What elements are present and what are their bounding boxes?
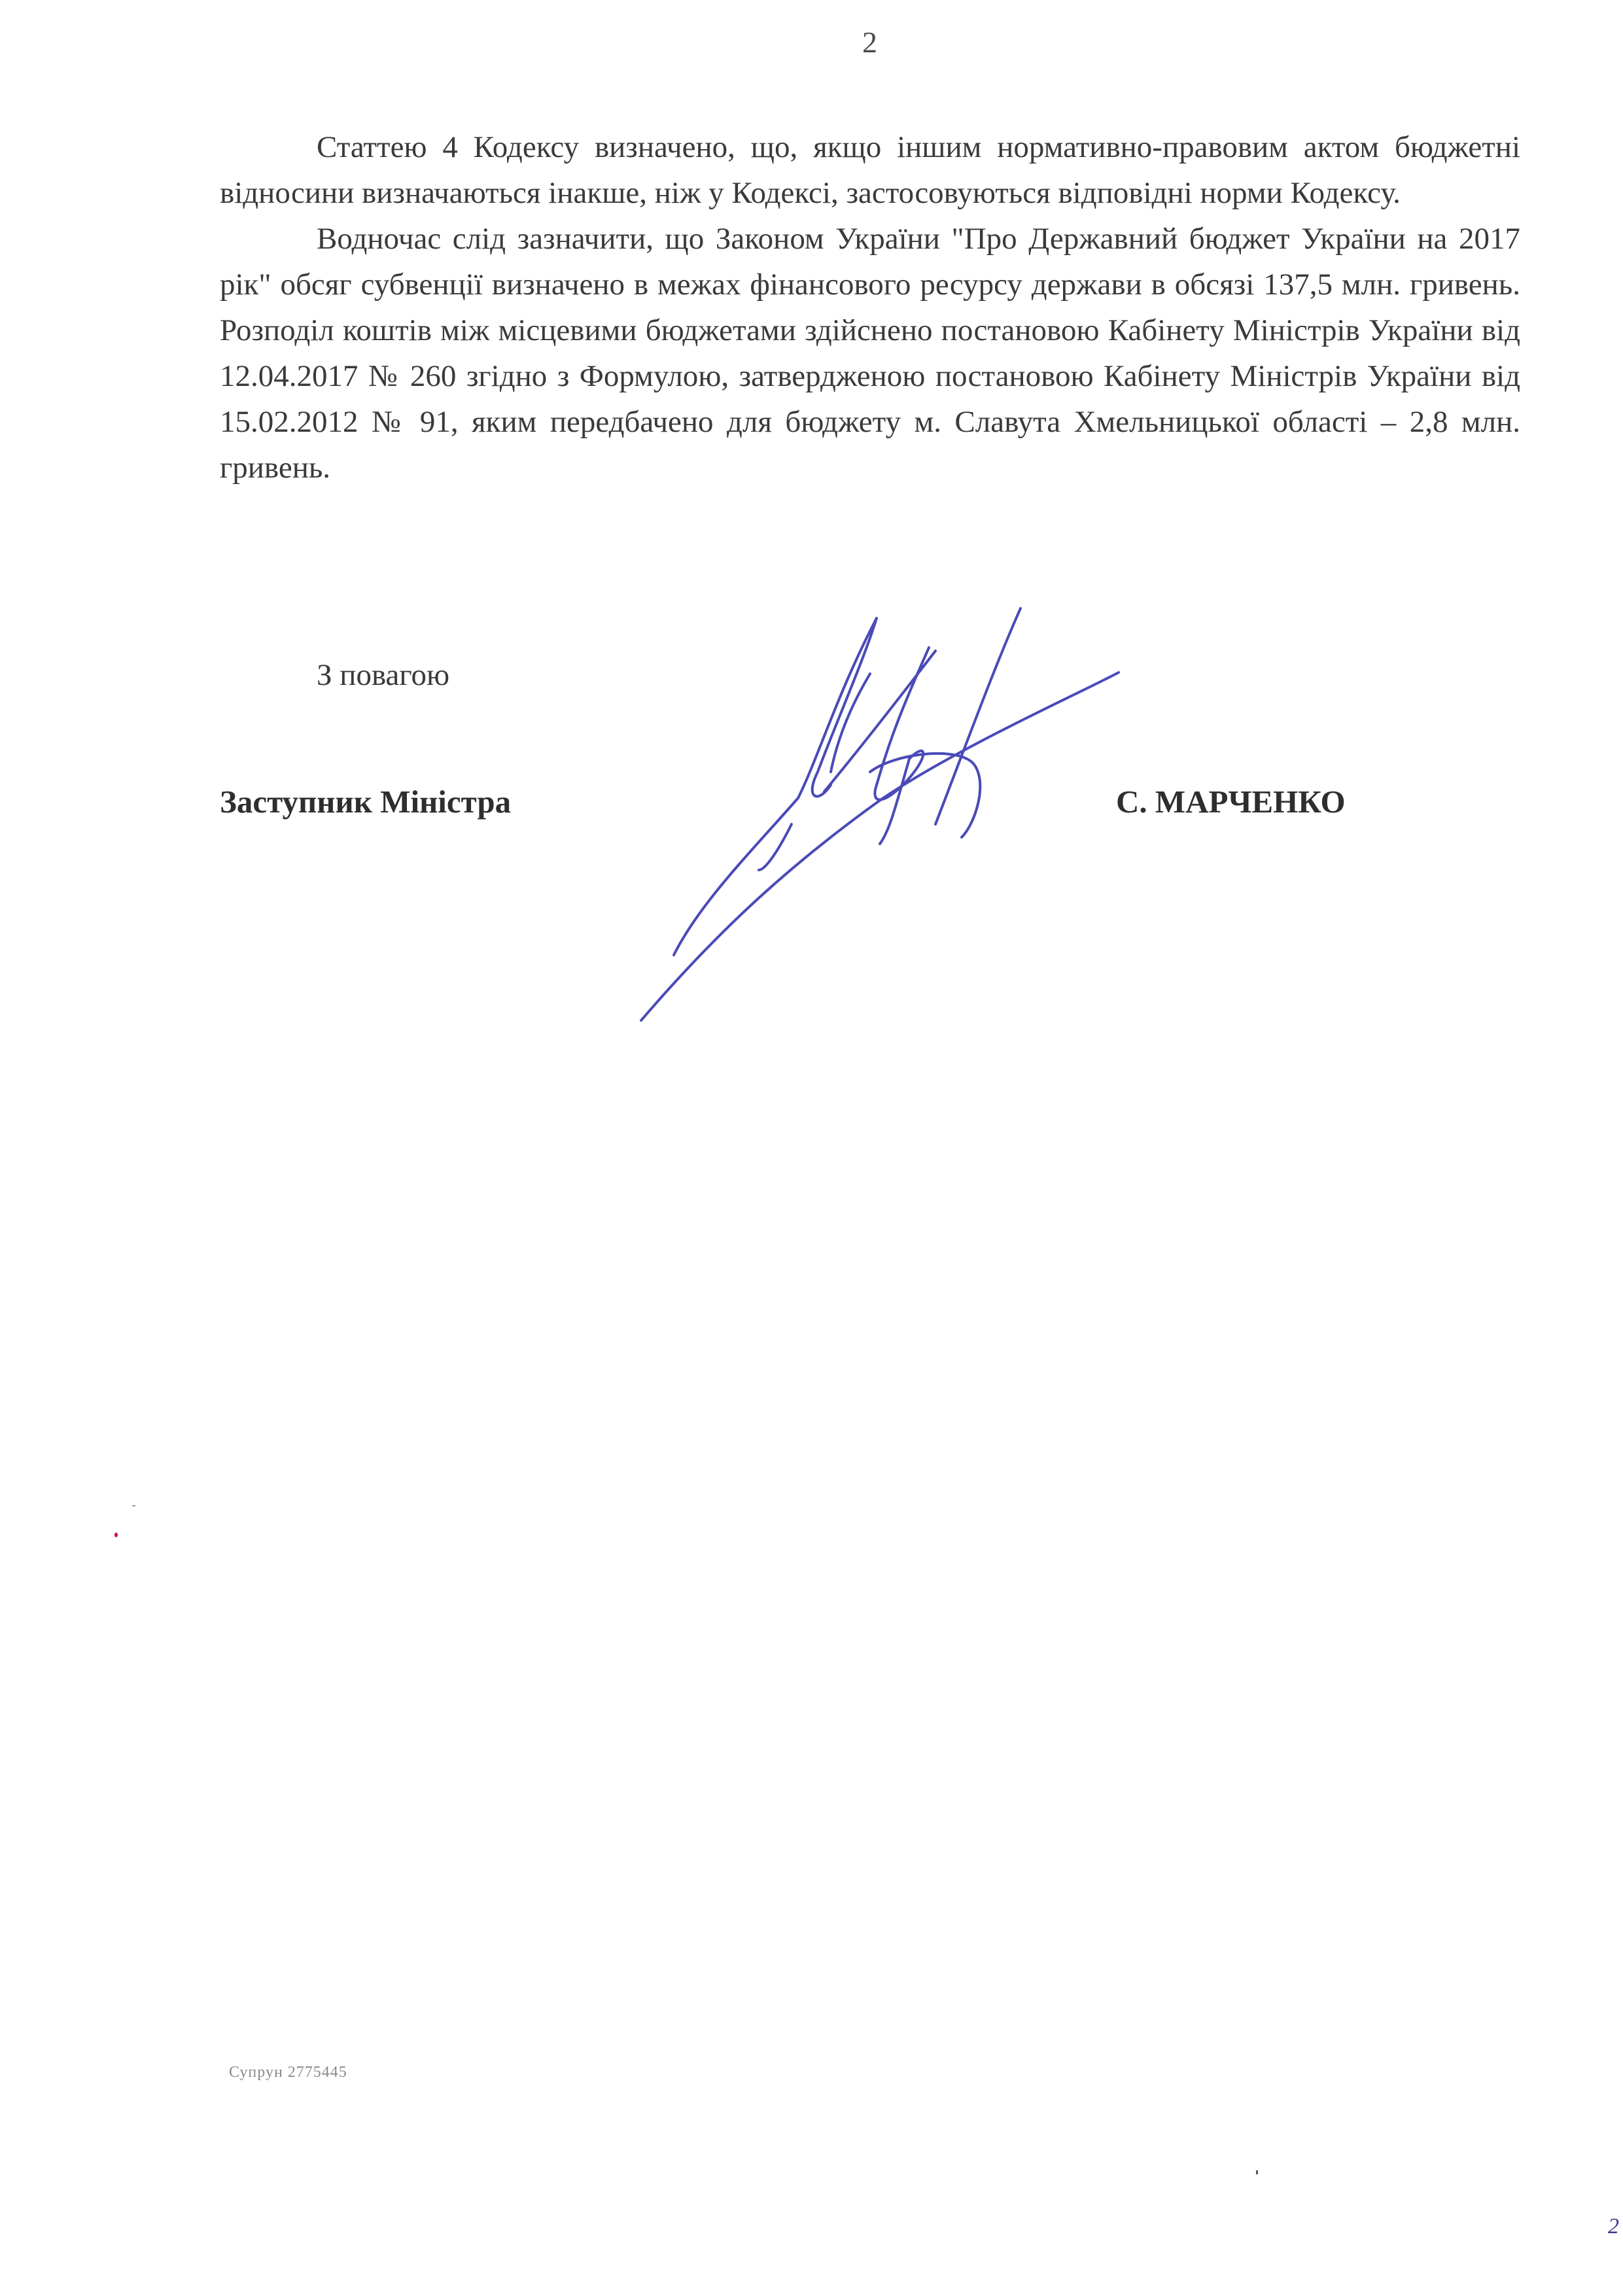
ink-dot-mark [114,1533,118,1537]
handwritten-margin-mark: 2 [1608,2214,1619,2239]
paragraph-budget-subvention: Водночас слід зазначити, що Законом Укра… [220,216,1520,491]
signer-title: Заступник Міністра [220,783,511,820]
executor-note: Супрун 2775445 [229,2064,347,2081]
signer-name: С. МАРЧЕНКО [1116,783,1346,820]
scan-speck [132,1505,135,1506]
scan-speck [1256,2170,1258,2174]
handwritten-signature [621,589,1537,1034]
paragraph-code-article: Статтею 4 Кодексу визначено, що, якщо ін… [220,124,1520,216]
letter-body: Статтею 4 Кодексу визначено, що, якщо ін… [220,124,1520,491]
page-number: 2 [862,25,877,60]
closing-salutation: З повагою [317,657,449,693]
